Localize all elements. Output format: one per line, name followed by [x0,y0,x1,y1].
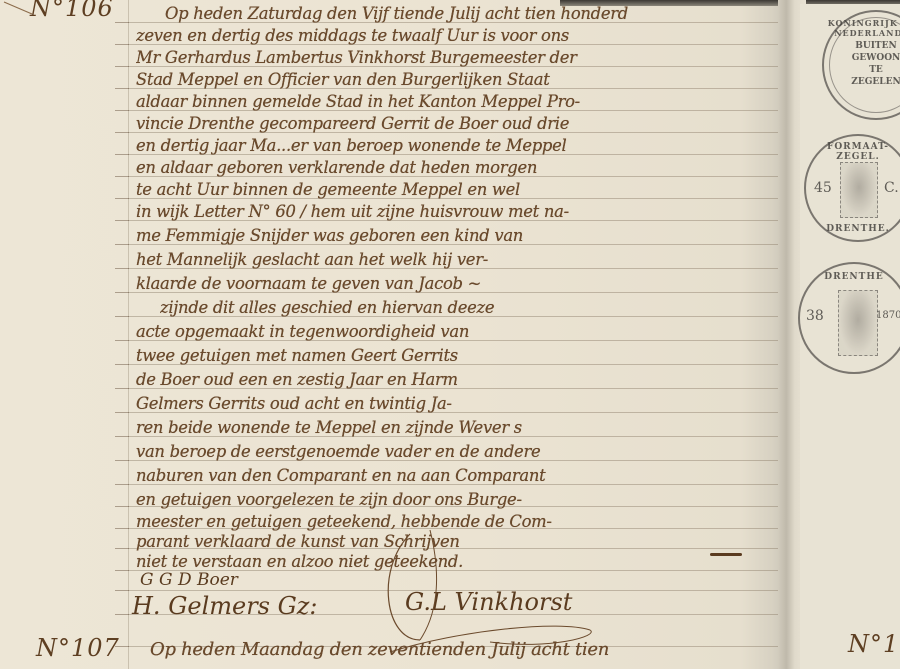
closing-dash [710,553,742,556]
body-line: en dertig jaar Ma...er van beroep wonend… [136,136,776,156]
margin-tick [115,268,129,269]
body-line: te acht Uur binnen de gemeente Meppel en… [136,180,776,200]
margin-tick [115,198,129,199]
body-line: naburen van den Comparant en na aan Comp… [136,466,776,486]
margin-tick [115,176,129,177]
margin-tick [115,220,129,221]
body-line: van beroep de eerstgenoemde vader en de … [136,442,776,462]
entry-number-107: N°107 [36,634,120,662]
margin-tick [115,570,129,571]
margin-tick [115,506,129,507]
margin-tick [115,44,129,45]
body-line: Stad Meppel en Officier van den Burgerli… [136,70,776,90]
formaat-zegel-stamp: FORMAAT-ZEGEL. 45 C. DRENTHE. [804,134,900,242]
body-line: twee getuigen met namen Geert Gerrits [136,346,776,366]
margin-tick [115,364,129,365]
margin-tick [115,88,129,89]
body-line: zeven en dertig des middags te twaalf Uu… [136,26,776,46]
body-line: in wijk Letter N° 60 / hem uit zijne hui… [136,202,776,222]
body-line: ren beide wonende te Meppel en zijnde We… [136,418,776,438]
crest-icon [840,162,878,218]
drenthe-stamp: DRENTHE 38 1870 [798,262,900,374]
body-line: Mr Gerhardus Lambertus Vinkhorst Burgeme… [136,48,776,68]
body-line: Op heden Maandag den zeventienden Julij … [150,640,790,660]
crest-icon [838,290,878,356]
margin-tick [115,590,129,591]
body-line: het Mannelijk geslacht aan het welk hij … [136,250,776,270]
margin-tick [115,388,129,389]
margin-tick [115,154,129,155]
entry-number-106: N°106 [30,0,114,22]
signature-witness-1: G G D Boer [140,570,238,590]
body-line: Op heden Zaturdag den Vijf tiende Julij … [165,4,805,24]
margin-tick [115,484,129,485]
margin-tick [115,340,129,341]
margin-tick [115,244,129,245]
margin-tick [115,528,129,529]
body-line: acte opgemaakt in tegenwoordigheid van [136,322,776,342]
body-line: en aldaar geboren verklarende dat heden … [136,158,776,178]
margin-tick [115,436,129,437]
body-line: Gelmers Gerrits oud acht en twintig Ja- [136,394,776,414]
body-line: klaarde de voornaam te geven van Jacob ~ [136,274,776,294]
margin-tick [115,614,129,615]
margin-tick [115,66,129,67]
margin-tick [115,292,129,293]
signature-witness-2: H. Gelmers Gz: [132,592,318,620]
margin-tick [115,22,129,23]
right-page-entry-number: N°10 [848,630,900,658]
body-line: zijnde dit alles geschied en hiervan dee… [160,298,800,318]
signature-mayor: G.L Vinkhorst [405,588,572,616]
margin-tick [115,412,129,413]
margin-tick [115,132,129,133]
body-line: meester en getuigen geteekend, hebbende … [136,512,776,532]
body-line: en getuigen voorgelezen te zijn door ons… [136,490,776,510]
margin-tick [115,548,129,549]
body-line: de Boer oud een en zestig Jaar en Harm [136,370,776,390]
body-line: niet te verstaan en alzoo niet geteekend… [136,552,736,572]
margin-rule [128,0,129,669]
margin-tick [115,316,129,317]
body-line: aldaar binnen gemelde Stad in het Kanton… [136,92,776,112]
margin-tick [115,460,129,461]
body-line: vincie Drenthe gecompareerd Gerrit de Bo… [136,114,776,134]
body-line: me Femmigje Snijder was geboren een kind… [136,226,776,246]
margin-tick [115,110,129,111]
body-line: parant verklaard de kunst van Schrijven [136,532,776,552]
